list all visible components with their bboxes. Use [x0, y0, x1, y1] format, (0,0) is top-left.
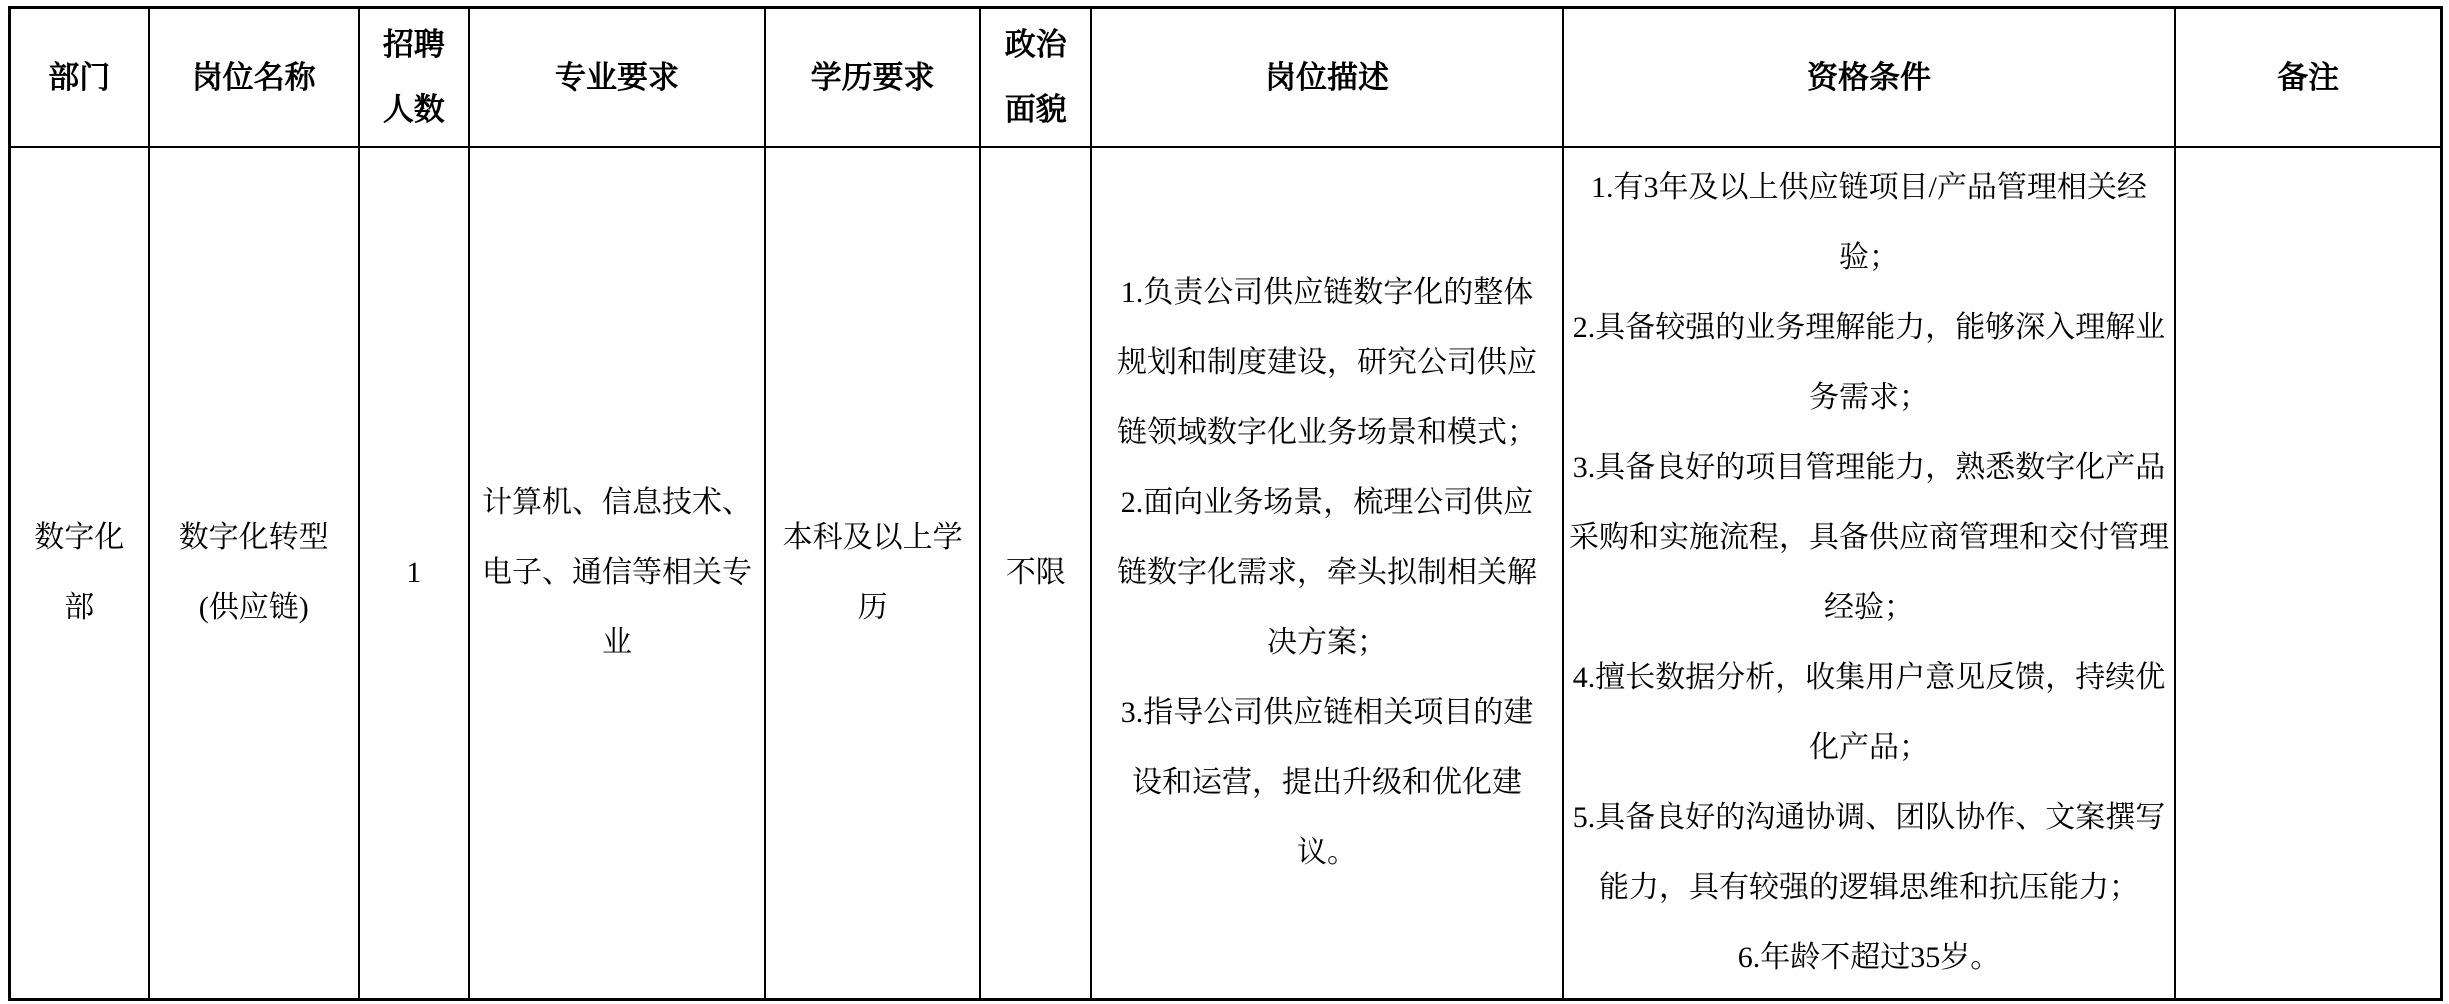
cell-job-description: 1.负责公司供应链数字化的整体 规划和制度建设，研究公司供应 链领域数字化业务场…: [1091, 147, 1562, 1000]
document-page: 部门 岗位名称 招聘 人数 专业要求 学历要求 政治 面貌 岗位描述 资格条件 …: [0, 0, 2449, 1004]
cell-remarks: [2175, 147, 2441, 1000]
header-cell-major-requirement: 专业要求: [469, 8, 765, 147]
table-header-row: 部门 岗位名称 招聘 人数 专业要求 学历要求 政治 面貌 岗位描述 资格条件 …: [10, 8, 2442, 147]
recruitment-table: 部门 岗位名称 招聘 人数 专业要求 学历要求 政治 面貌 岗位描述 资格条件 …: [8, 6, 2443, 1001]
header-cell-department: 部门: [10, 8, 149, 147]
cell-position-name: 数字化转型 (供应链): [149, 147, 359, 1000]
header-cell-headcount: 招聘 人数: [359, 8, 469, 147]
header-cell-position-name: 岗位名称: [149, 8, 359, 147]
cell-major-requirement: 计算机、信息技术、 电子、通信等相关专 业: [469, 147, 765, 1000]
header-cell-remarks: 备注: [2175, 8, 2441, 147]
table-row: 数字化 部 数字化转型 (供应链) 1 计算机、信息技术、 电子、通信等相关专 …: [10, 147, 2442, 1000]
cell-education-requirement: 本科及以上学 历: [765, 147, 980, 1000]
cell-headcount: 1: [359, 147, 469, 1000]
cell-political-status: 不限: [980, 147, 1091, 1000]
header-cell-political-status: 政治 面貌: [980, 8, 1091, 147]
cell-department: 数字化 部: [10, 147, 149, 1000]
cell-qualifications: 1.有3年及以上供应链项目/产品管理相关经 验； 2.具备较强的业务理解能力，能…: [1563, 147, 2176, 1000]
header-cell-qualifications: 资格条件: [1563, 8, 2176, 147]
header-cell-education-requirement: 学历要求: [765, 8, 980, 147]
header-cell-job-description: 岗位描述: [1091, 8, 1562, 147]
